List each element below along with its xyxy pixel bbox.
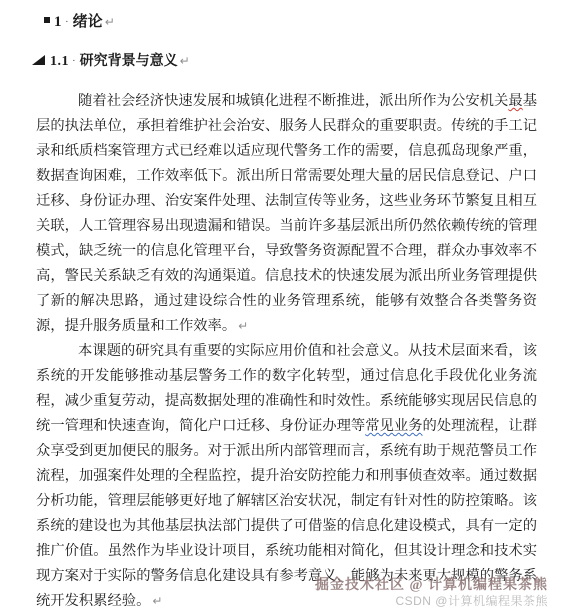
heading-number: 1 [54, 14, 62, 30]
paragraph-text: 随着社会经济快速发展和城镇化进程不断推进，派出所作为公安机关最基层的执法单位，承… [36, 93, 537, 334]
paragraph-mark: ↵ [178, 54, 190, 68]
outline-collapse-triangle-icon[interactable] [32, 55, 45, 65]
heading-number: 1.1 [50, 54, 69, 69]
paragraph-mark: ↵ [236, 319, 248, 333]
space-format-mark: · [69, 55, 80, 67]
proofing-red-wavy-underline: 最 [508, 93, 522, 109]
heading-title: 研究背景与意义 [80, 54, 178, 69]
space-format-mark: · [62, 16, 73, 28]
heading-chapter-1[interactable]: 1·绪论↵ [44, 12, 537, 32]
paragraph-mark: ↵ [103, 15, 115, 29]
paragraph-background[interactable]: 随着社会经济快速发展和城镇化进程不断推进，派出所作为公安机关最基层的执法单位，承… [36, 89, 537, 339]
heading-section-1-1[interactable]: 1.1·研究背景与意义↵ [32, 51, 537, 72]
paragraph-mark: ↵ [150, 594, 162, 608]
document-page: 1·绪论↵ 1.1·研究背景与意义↵ 随着社会经济快速发展和城镇化进程不断推进，… [0, 0, 584, 611]
paragraph-significance[interactable]: 本课题的研究具有重要的实际应用价值和社会意义。从技术层面来看，该系统的开发能够推… [36, 339, 537, 611]
paragraph-text: 本课题的研究具有重要的实际应用价值和社会意义。从技术层面来看，该系统的开发能够推… [36, 343, 537, 609]
heading-title: 绪论 [73, 14, 103, 30]
outline-square-icon[interactable] [44, 17, 50, 23]
proofing-blue-wavy-underline: 常见业务 [365, 418, 422, 434]
